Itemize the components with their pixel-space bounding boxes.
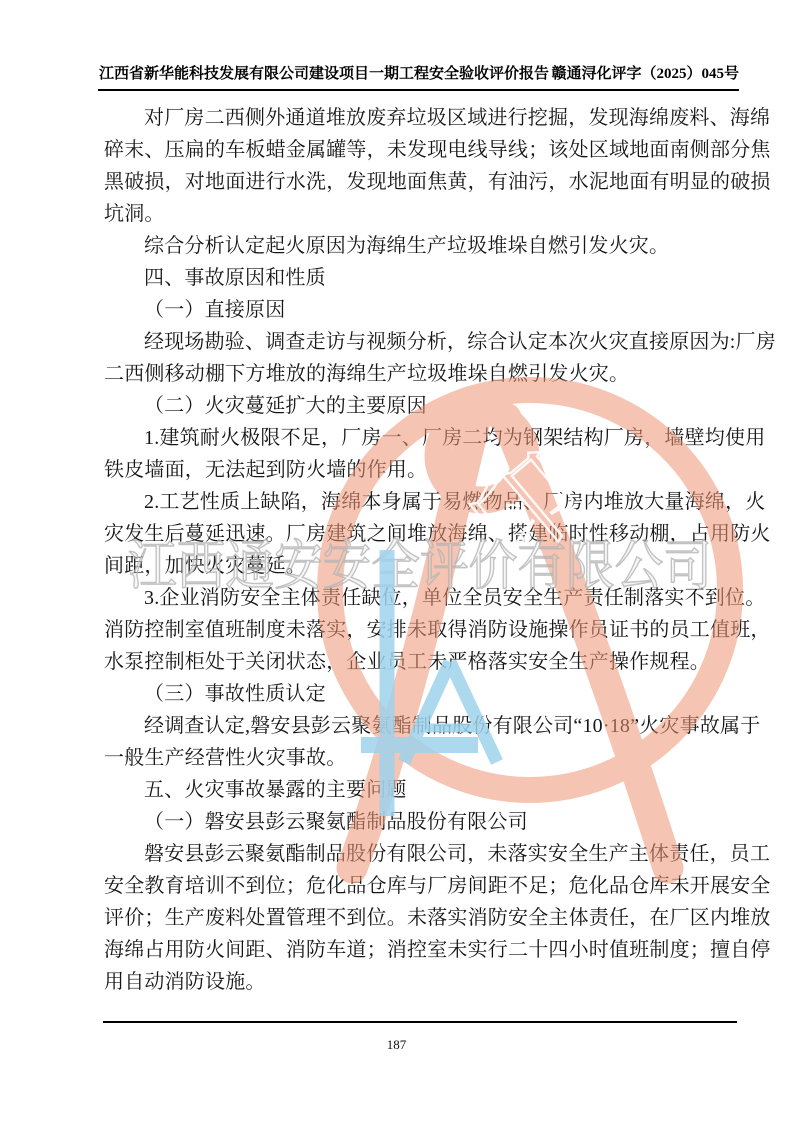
body-line: （二）火灾蔓延扩大的主要原因 <box>104 390 740 422</box>
body-line: 1.建筑耐火极限不足，厂房一、厂房二均为钢架结构厂房，墙壁均使用 <box>104 422 740 454</box>
body-line: 海绵占用防火间距、消防车道；消控室未实行二十四小时值班制度；擅自停 <box>104 934 740 966</box>
document-page: 江西省新华能科技发展有限公司建设项目一期工程安全验收评价报告 赣通浔化评字（20… <box>0 0 793 1122</box>
body-line: 安全教育培训不到位；危化品仓库与厂房间距不足；危化品仓库未开展安全 <box>104 870 740 902</box>
body-line: （一）磐安县彭云聚氨酯制品股份有限公司 <box>104 806 740 838</box>
body-line: 碎末、压扁的车板蜡金属罐等，未发现电线导线；该处区域地面南侧部分焦 <box>104 134 740 166</box>
body-line: 2.工艺性质上缺陷，海绵本身属于易燃物品、厂房内堆放大量海绵，火 <box>104 486 740 518</box>
footer-rule <box>103 1021 737 1023</box>
body-line: 四、事故原因和性质 <box>104 262 740 294</box>
body-line: 对厂房二西侧外通道堆放废弃垃圾区域进行挖掘，发现海绵废料、海绵 <box>104 102 740 134</box>
header-rule <box>98 89 739 91</box>
body-line: 3.企业消防安全主体责任缺位，单位全员安全生产责任制落实不到位。 <box>104 582 740 614</box>
body-line: （一）直接原因 <box>104 294 740 326</box>
header-doc-number: 赣通浔化评字（2025）045号 <box>551 62 739 83</box>
body-line: 经现场勘验、调查走访与视频分析，综合认定本次火灾直接原因为:厂房 <box>104 326 740 358</box>
header-report-title: 江西省新华能科技发展有限公司建设项目一期工程安全验收评价报告 <box>99 62 549 83</box>
body-line: 经调查认定,磐安县彭云聚氨酯制品股份有限公司“10·18”火灾事故属于 <box>104 710 740 742</box>
page-number: 187 <box>0 1037 793 1053</box>
body-text: 对厂房二西侧外通道堆放废弃垃圾区域进行挖掘，发现海绵废料、海绵碎末、压扁的车板蜡… <box>104 102 740 998</box>
body-line: 消防控制室值班制度未落实，安排未取得消防设施操作员证书的员工值班， <box>104 614 740 646</box>
body-line: 黑破损，对地面进行水洗，发现地面焦黄，有油污，水泥地面有明显的破损 <box>104 166 740 198</box>
body-line: 磐安县彭云聚氨酯制品股份有限公司，未落实安全生产主体责任，员工 <box>104 838 740 870</box>
body-line: 一般生产经营性火灾事故。 <box>104 742 740 774</box>
body-line: 综合分析认定起火原因为海绵生产垃圾堆垛自燃引发火灾。 <box>104 230 740 262</box>
body-line: 铁皮墙面，无法起到防火墙的作用。 <box>104 454 740 486</box>
body-line: 水泵控制柜处于关闭状态，企业员工未严格落实安全生产操作规程。 <box>104 646 740 678</box>
body-line: （三）事故性质认定 <box>104 678 740 710</box>
body-line: 评价；生产废料处置管理不到位。未落实消防安全主体责任，在厂区内堆放 <box>104 902 740 934</box>
body-line: 间距，加快火灾蔓延。 <box>104 550 740 582</box>
body-line: 用自动消防设施。 <box>104 966 740 998</box>
body-line: 二西侧移动棚下方堆放的海绵生产垃圾堆垛自燃引发火灾。 <box>104 358 740 390</box>
body-line: 坑洞。 <box>104 198 740 230</box>
body-line: 五、火灾事故暴露的主要问题 <box>104 774 740 806</box>
body-line: 灾发生后蔓延迅速。厂房建筑之间堆放海绵、搭建临时性移动棚，占用防火 <box>104 518 740 550</box>
